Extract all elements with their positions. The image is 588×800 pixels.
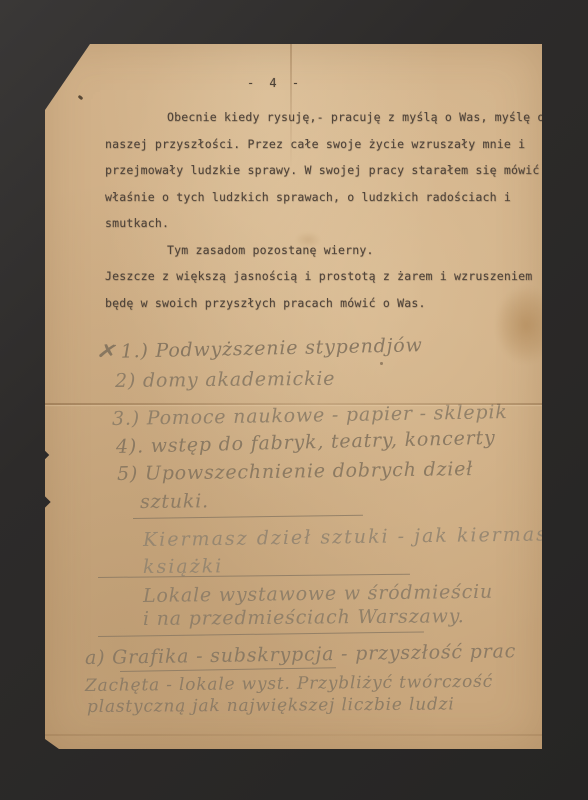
fold-crease-horizontal: [45, 403, 542, 405]
ink-speck: [78, 95, 84, 101]
handwritten-line: Kiermasz dzieł sztuki - jak kiermasz: [143, 523, 560, 551]
pencil-underline: [98, 631, 424, 637]
typed-line: smutkach.: [105, 210, 551, 237]
typed-line: naszej przyszłości. Przez całe swoje życ…: [105, 131, 551, 158]
typed-line: będę w swoich przyszłych pracach mówić o…: [105, 290, 551, 317]
handwritten-line: 2) domy akademickie: [115, 368, 335, 392]
typed-line: właśnie o tych ludzkich sprawach, o ludz…: [105, 184, 551, 211]
ink-speck: [380, 362, 383, 365]
typed-line: Jeszcze z większą jasnością i prostotą z…: [105, 263, 551, 290]
paper-edge-notch: [39, 496, 50, 507]
fold-crease-bottom: [45, 734, 542, 736]
handwritten-line: 5) Upowszechnienie dobrych dzieł: [117, 458, 473, 485]
handwritten-line: a) Grafika - subskrypcja - przyszłość pr…: [85, 640, 516, 669]
typed-text-block: Obecnie kiedy rysuję,- pracuję z myślą o…: [105, 104, 551, 316]
fold-crease-vertical: [290, 44, 292, 169]
paper-stain: [495, 286, 557, 364]
handwritten-line: plastyczną jak największej liczbie ludzi: [87, 694, 455, 717]
typed-line: Obecnie kiedy rysuję,- pracuję z myślą o…: [105, 104, 551, 131]
paper-page: - 4 - Obecnie kiedy rysuję,- pracuję z m…: [45, 44, 542, 749]
paper-edge-notch: [41, 451, 49, 459]
handwritten-line: ✗1.) Podwyższenie stypendjów: [100, 334, 423, 363]
page-number: - 4 -: [45, 76, 505, 90]
handwritten-line: książki: [143, 555, 223, 578]
handwritten-line: Zachęta - lokale wyst. Przybliżyć twórcz…: [85, 672, 493, 696]
pencil-underline: [133, 515, 363, 519]
scan-background: { "document": { "page_number": "- 4 -", …: [0, 0, 588, 800]
handwritten-line: i na przedmieściach Warszawy.: [143, 605, 465, 630]
handwritten-line: 3.) Pomoce naukowe - papier - sklepik: [112, 401, 508, 430]
handwritten-text: 1.) Podwyższenie stypendjów: [120, 334, 422, 362]
typed-line: Tym zasadom pozostanę wierny.: [105, 237, 551, 264]
paper-stain-small: [295, 232, 321, 248]
handwritten-line: Lokale wystawowe w śródmieściu: [143, 581, 493, 607]
strikeout-mark: ✗: [95, 340, 121, 365]
handwritten-line: sztuki.: [140, 490, 209, 513]
typed-line: przejmowały ludzkie sprawy. W swojej pra…: [105, 157, 551, 184]
handwritten-line: 4). wstęp do fabryk, teatry, koncerty: [116, 427, 496, 458]
